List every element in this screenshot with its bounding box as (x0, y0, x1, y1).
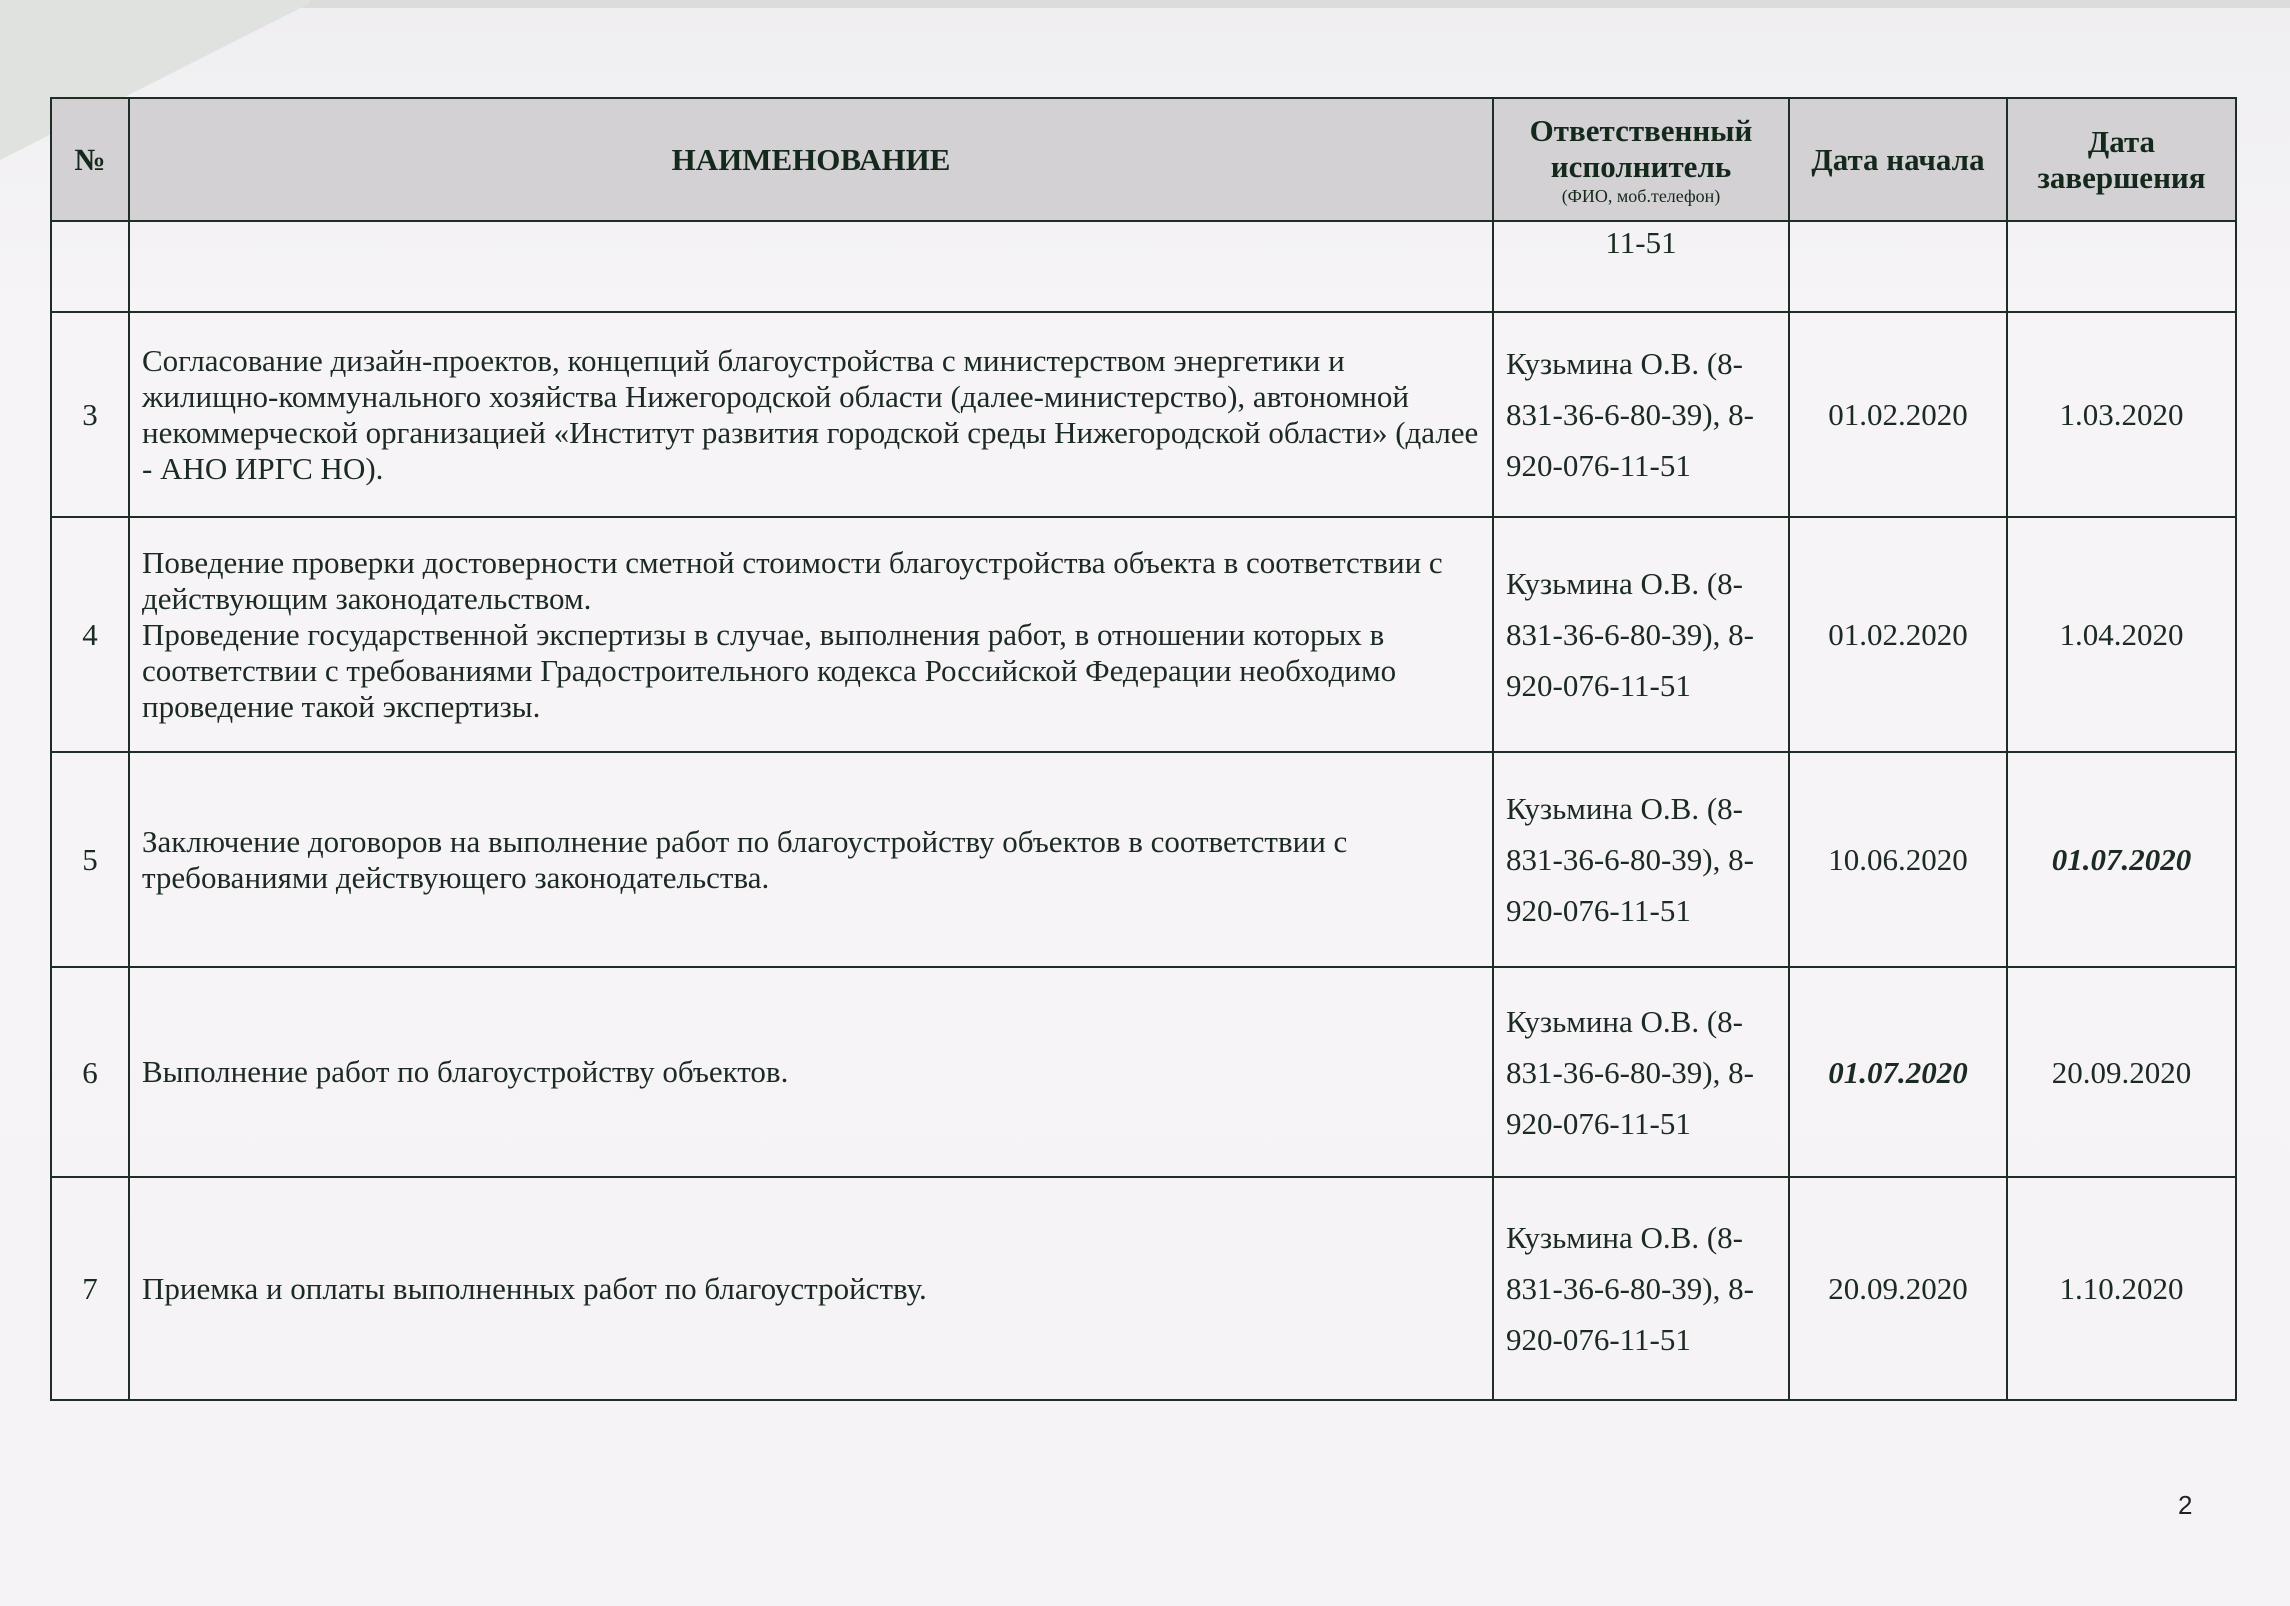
table-row: 7 Приемка и оплаты выполненных работ по … (51, 1177, 2236, 1400)
table-row: 3 Согласование дизайн-проектов, концепци… (51, 312, 2236, 517)
cell-start-date: 01.02.2020 (1789, 517, 2007, 752)
cell-no: 6 (51, 967, 129, 1177)
cell-end-date: 1.03.2020 (2007, 312, 2236, 517)
cell-no: 4 (51, 517, 129, 752)
cell-end-date: 20.09.2020 (2007, 967, 2236, 1177)
cell-responsible: Кузьмина О.В. (8-831-36-6-80-39), 8-920-… (1493, 517, 1789, 752)
table-row-continuation: 11-51 (51, 221, 2236, 312)
cell-responsible: Кузьмина О.В. (8-831-36-6-80-39), 8-920-… (1493, 967, 1789, 1177)
cell-name: Поведение проверки достоверности сметной… (129, 517, 1493, 752)
cell-name-paragraph-1: Поведение проверки достоверности сметной… (142, 545, 1480, 617)
cell-no: 3 (51, 312, 129, 517)
cell-end-date: 01.07.2020 (2007, 752, 2236, 967)
cell-responsible: Кузьмина О.В. (8-831-36-6-80-39), 8-920-… (1493, 312, 1789, 517)
table-row: 4 Поведение проверки достоверности сметн… (51, 517, 2236, 752)
header-no: № (51, 98, 129, 221)
cell-start-date: 10.06.2020 (1789, 752, 2007, 967)
cell-name: Выполнение работ по благоустройству объе… (129, 967, 1493, 1177)
cell-no: 7 (51, 1177, 129, 1400)
cell-end-date: 1.04.2020 (2007, 517, 2236, 752)
cell-responsible: Кузьмина О.В. (8-831-36-6-80-39), 8-920-… (1493, 752, 1789, 967)
cell-name: Приемка и оплаты выполненных работ по бл… (129, 1177, 1493, 1400)
cell-start-date (1789, 221, 2007, 312)
cell-no: 5 (51, 752, 129, 967)
header-name: НАИМЕНОВАНИЕ (129, 98, 1493, 221)
header-responsible: Ответственный исполнитель (ФИО, моб.теле… (1493, 98, 1789, 221)
cell-responsible: 11-51 (1493, 221, 1789, 312)
cell-no (51, 221, 129, 312)
table-header-row: № НАИМЕНОВАНИЕ Ответственный исполнитель… (51, 98, 2236, 221)
table-row: 6 Выполнение работ по благоустройству об… (51, 967, 2236, 1177)
header-end-date: Дата завершения (2007, 98, 2236, 221)
cell-name: Заключение договоров на выполнение работ… (129, 752, 1493, 967)
header-responsible-label: Ответственный исполнитель (1530, 113, 1753, 184)
cell-name: Согласование дизайн-проектов, концепций … (129, 312, 1493, 517)
cell-end-date (2007, 221, 2236, 312)
cell-start-date: 01.02.2020 (1789, 312, 2007, 517)
cell-responsible: Кузьмина О.В. (8-831-36-6-80-39), 8-920-… (1493, 1177, 1789, 1400)
schedule-table: № НАИМЕНОВАНИЕ Ответственный исполнитель… (50, 97, 2237, 1401)
header-start-date: Дата начала (1789, 98, 2007, 221)
cell-end-date: 1.10.2020 (2007, 1177, 2236, 1400)
table-row: 5 Заключение договоров на выполнение раб… (51, 752, 2236, 967)
cell-start-date: 01.07.2020 (1789, 967, 2007, 1177)
page-number: 2 (2178, 1490, 2192, 1521)
cell-start-date: 20.09.2020 (1789, 1177, 2007, 1400)
scanner-edge (300, 0, 2290, 8)
cell-name (129, 221, 1493, 312)
cell-name-paragraph-2: Проведение государственной экспертизы в … (142, 617, 1480, 725)
header-responsible-sub: (ФИО, моб.телефон) (1506, 185, 1776, 207)
